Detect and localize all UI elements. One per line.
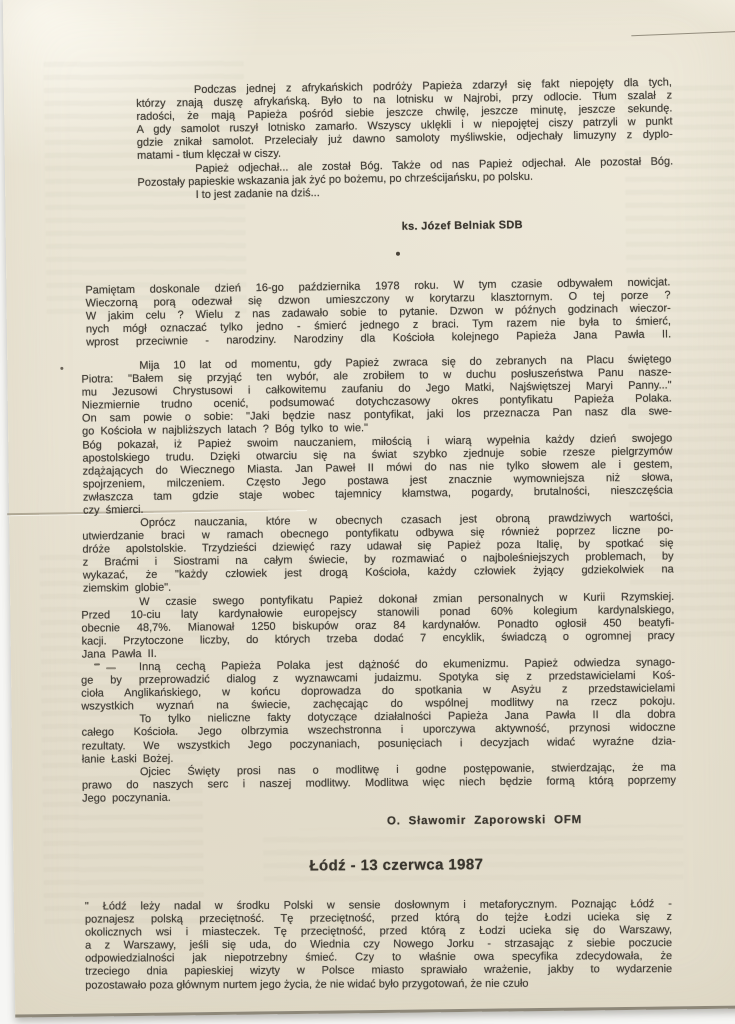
paragraph-ecumenism: Inną cechą Papieża Polaka jest dążność d… (81, 657, 676, 806)
author-signature-1: ks. Józef Belniak SDB (402, 219, 523, 233)
dateline-heading: Łódź - 13 czerwca 1987 (309, 856, 483, 874)
paragraph-curia-statistics: W czasie swego pontyfikatu Papież dokona… (81, 591, 675, 662)
paragraph-10-years: Mija 10 lat od momentu, gdy Papież zwrac… (81, 353, 673, 517)
middle-text-block: Mija 10 lat od momentu, gdy Papież zwrac… (7, 353, 735, 807)
text-line: trzeciego dnia papieskiej wizyty w Polsc… (85, 964, 672, 980)
paragraph-lodz-quote: " Łódź leży nadal w środku Polski w sens… (85, 898, 672, 992)
text-line: pozostawało poza głównym nurtem jego życ… (85, 977, 672, 993)
author-signature-2: O. Sławomir Zaporowski OFM (387, 814, 582, 827)
document-text: Podczas jednej z afrykańskich podróży Pa… (3, 0, 735, 1014)
paragraph-nairobi-story: Podczas jednej z afrykańskich podróży Pa… (136, 76, 674, 202)
scanned-page: Podczas jednej z afrykańskich podróży Pa… (3, 0, 735, 1017)
paragraph-october-1978: Pamiętam doskonale dzień 16-go październ… (85, 276, 671, 350)
scan-background: Podczas jednej z afrykańskich podróży Pa… (0, 0, 735, 1024)
paragraph-pilgrimages: Oprócz nauczania, które w obecnych czasa… (82, 512, 674, 597)
